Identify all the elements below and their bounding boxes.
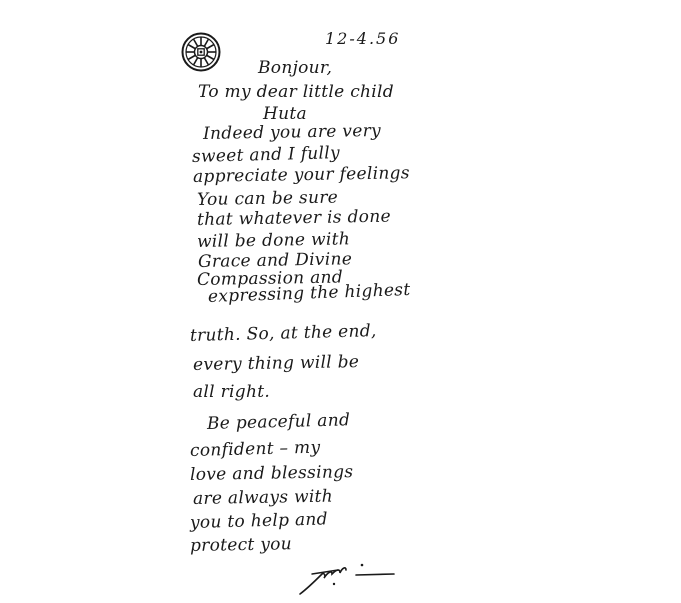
body-line: You can be sure (197, 188, 338, 210)
body-line: all right. (193, 382, 270, 402)
body-line: love and blessings (190, 462, 354, 485)
letter-salutation: Bonjour, (258, 58, 332, 78)
body-line: are always with (193, 487, 333, 509)
body-line: that whatever is done (197, 207, 391, 230)
body-line: you to help and (190, 509, 328, 533)
letter-addressee-name: Huta (263, 104, 307, 124)
signature-mark: M. (298, 560, 398, 596)
body-line: appreciate your feelings (193, 163, 410, 187)
body-line: every thing will be (193, 352, 360, 375)
body-line: confident – my (190, 438, 321, 461)
body-line: sweet and I fully (192, 143, 340, 167)
wheel-emblem-icon (181, 32, 221, 72)
body-line: protect you (190, 534, 292, 556)
body-line: Be peaceful and (207, 410, 351, 434)
letter-addressee-line: To my dear little child (198, 82, 394, 102)
body-line: truth. So, at the end, (190, 321, 377, 346)
letter-page: 12-4.56 Bonjour, To my dear little child… (0, 0, 681, 603)
body-line: will be done with (197, 229, 350, 252)
body-line: Indeed you are very (203, 121, 381, 144)
letter-date: 12-4.56 (325, 29, 400, 48)
